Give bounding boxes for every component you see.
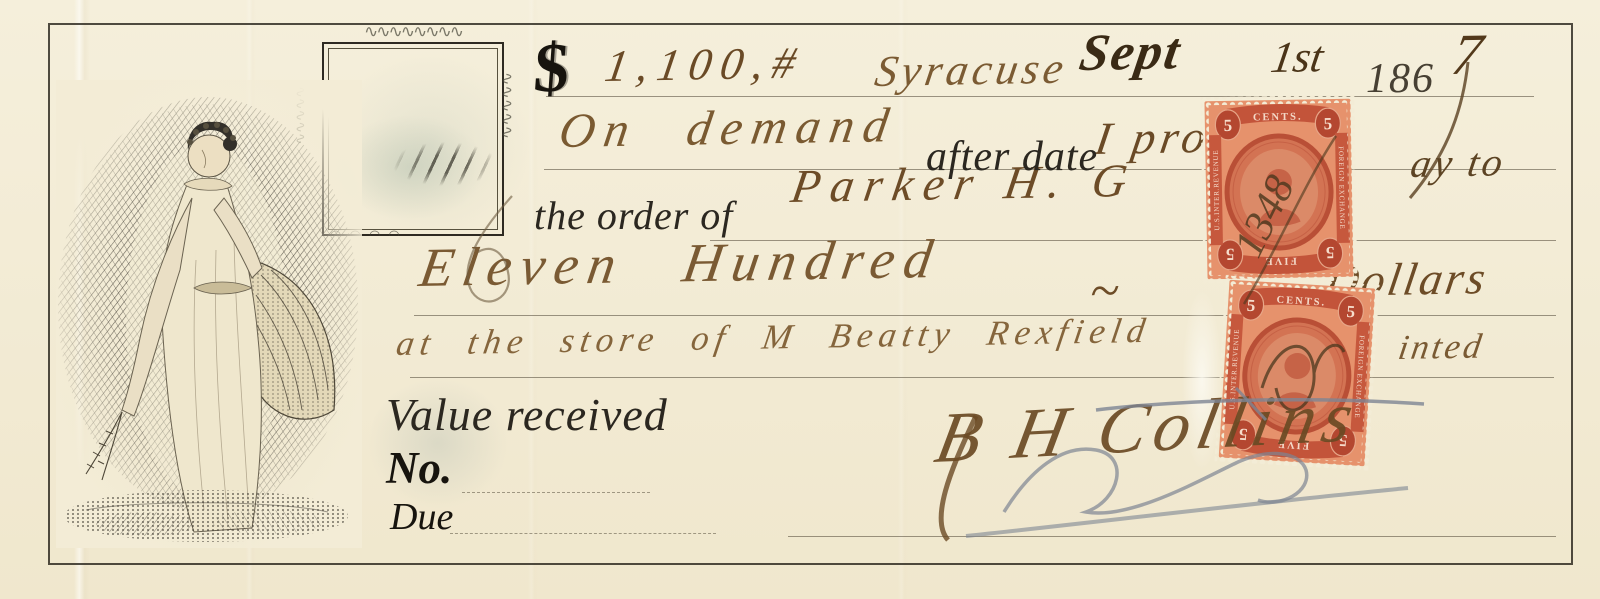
ruled-line-signature [788, 536, 1556, 537]
value-received-printed: Value received [386, 392, 668, 438]
amount-words-written: Eleven Hundred [416, 231, 945, 295]
term-written: On demand [556, 100, 901, 155]
dollar-sign: $ [532, 34, 572, 104]
box-flourish-top: ∿∿∿∿∿∿∿∿ [328, 22, 498, 42]
ceres-vignette-engraving [56, 80, 362, 548]
cancel-slash-marks [392, 142, 498, 186]
payable-at-fragment: inted [1396, 329, 1487, 365]
box-flourish-right: ∿∿∿∿∿ [498, 72, 517, 222]
amount-figures: 1,100,# [602, 41, 808, 89]
day-written: 1st [1268, 35, 1326, 80]
after-date-printed: after date [926, 136, 1098, 178]
ruled-line-number [462, 492, 650, 493]
stamp-numeral: 5 [1326, 243, 1335, 262]
due-label: Due [390, 498, 453, 536]
stamp-numeral: 5 [1346, 302, 1356, 321]
promise-fragment-right: ay to [1408, 142, 1509, 184]
promissory-note-scan: ∿∿∿∿∿∿∿∿ ∿∿∿∿∿ ∿∿∿∿∿ ◠ ◠ ◠ ◠ [0, 0, 1600, 599]
stamp-left-banner: U.S.INTER.REVENUE [1212, 149, 1221, 230]
ruled-line-due [450, 533, 716, 534]
month-written: Sept [1076, 26, 1185, 80]
place-written: Syracuse [872, 47, 1070, 94]
number-label: No. [386, 446, 452, 491]
order-of-printed: the order of [534, 196, 733, 236]
stamp-right-banner: FOREIGN EXCHANGE [1337, 146, 1346, 230]
stamp-numeral: 5 [1323, 114, 1332, 133]
stamp-numeral: 5 [1223, 116, 1232, 135]
stamp-cents-label: CENTS. [1253, 112, 1303, 124]
